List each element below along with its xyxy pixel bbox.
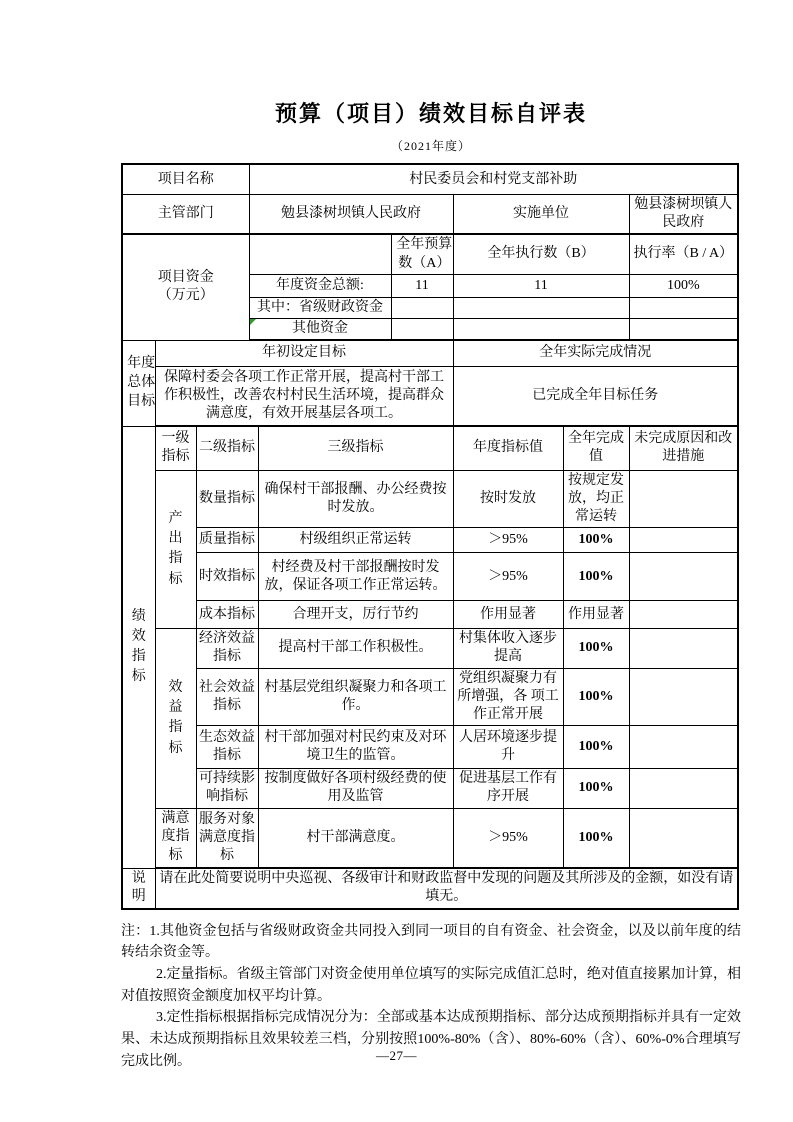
level2-indicator: 数量指标 xyxy=(196,470,258,528)
header-level1: 一级指标 xyxy=(155,426,196,470)
annual-goal-content-row: 保障村委会各项工作正常开展，提高村干部工作积极性，改善农村村民生活环境，提高群众… xyxy=(122,366,738,426)
indicator-row: 生态效益指标 村干部加强对村民约束及对环境卫生的监管。 人居环境逐步提升 100… xyxy=(122,726,738,769)
indicator-row: 成本指标 合理开支，厉行节约 作用显著 作用显著 xyxy=(122,601,738,629)
funds-other-rate xyxy=(629,318,738,340)
level3-indicator: 按制度做好各项村级经费的使用及监管 xyxy=(258,769,453,808)
annual-target-value: 促进基层工作有序开展 xyxy=(453,769,563,808)
footnote-1: 注：1.其他资金包括与省级财政资金共同投入到同一项目的自有资金、社会资金，以及以… xyxy=(121,921,741,964)
funds-provincial-execution xyxy=(453,297,629,318)
completed-value: 按规定发放，均正常运转 xyxy=(563,470,629,528)
level2-indicator: 服务对象满意度指标 xyxy=(196,808,258,868)
incomplete-reason xyxy=(629,808,738,868)
funds-execution-header: 全年执行数（B） xyxy=(453,234,629,274)
incomplete-reason xyxy=(629,629,738,668)
annual-target-value: 人居环境逐步提升 xyxy=(453,726,563,769)
funds-other-execution xyxy=(453,318,629,340)
level3-indicator: 提高村干部工作积极性。 xyxy=(258,629,453,668)
page-title: 预算（项目）绩效目标自评表 xyxy=(121,101,741,127)
level3-indicator: 村基层党组织凝聚力和各项工作。 xyxy=(258,668,453,726)
completed-value: 100% xyxy=(563,528,629,553)
remark-text: 请在此处简要说明中央巡视、各级审计和财政监督中发现的问题及其所涉及的金额，如没有… xyxy=(155,868,738,908)
indicator-row: 质量指标 村级组织正常运转 ＞95% 100% xyxy=(122,528,738,553)
indicator-row: 产出指标 数量指标 确保村干部报酬、办公经费按时发放。 按时发放 按规定发放，均… xyxy=(122,470,738,528)
implement-unit-value: 勉县漆树坝镇人民政府 xyxy=(629,194,738,234)
level3-indicator: 村级组织正常运转 xyxy=(258,528,453,553)
funds-provincial-budget xyxy=(391,297,453,318)
incomplete-reason xyxy=(629,553,738,601)
completed-value: 100% xyxy=(563,769,629,808)
project-name-label: 项目名称 xyxy=(122,164,249,194)
goal-actual-header: 全年实际完成情况 xyxy=(453,340,738,366)
funds-other-label: 其他资金 xyxy=(249,318,391,340)
funds-other-budget xyxy=(391,318,453,340)
header-reason: 未完成原因和改进措施 xyxy=(629,426,738,470)
annual-target-value: 作用显著 xyxy=(453,601,563,629)
indicator-row: 满意度指标 服务对象满意度指标 村干部满意度。 ＞95% 100% xyxy=(122,808,738,868)
incomplete-reason xyxy=(629,601,738,629)
annual-target-value: ＞95% xyxy=(453,528,563,553)
cell-flag-icon xyxy=(250,319,256,325)
header-level3: 三级指标 xyxy=(258,426,453,470)
funds-rate-header: 执行率（B / A） xyxy=(629,234,738,274)
funds-total-execution: 11 xyxy=(453,274,629,297)
incomplete-reason xyxy=(629,726,738,769)
level2-indicator: 社会效益指标 xyxy=(196,668,258,726)
incomplete-reason xyxy=(629,769,738,808)
completed-value: 作用显著 xyxy=(563,601,629,629)
funds-total-rate: 100% xyxy=(629,274,738,297)
goal-set-header: 年初设定目标 xyxy=(155,340,453,366)
header-level2: 二级指标 xyxy=(196,426,258,470)
level2-indicator: 生态效益指标 xyxy=(196,726,258,769)
indicator-row: 社会效益指标 村基层党组织凝聚力和各项工作。 党组织凝聚力有所增强，各 项工作正… xyxy=(122,668,738,726)
department-label: 主管部门 xyxy=(122,194,249,234)
implement-unit-label: 实施单位 xyxy=(453,194,629,234)
header-annual-value: 年度指标值 xyxy=(453,426,563,470)
group-label-satisfaction: 满意度指标 xyxy=(155,808,196,868)
annual-target-value: ＞95% xyxy=(453,808,563,868)
indicators-header-row: 绩效指标 一级指标 二级指标 三级指标 年度指标值 全年完成值 未完成原因和改进… xyxy=(122,426,738,470)
funds-section-label-text: 项目资金（万元） xyxy=(155,269,217,305)
level2-indicator: 经济效益指标 xyxy=(196,629,258,668)
self-evaluation-table: 项目名称 村民委员会和村党支部补助 主管部门 勉县漆树坝镇人民政府 实施单位 勉… xyxy=(121,163,739,909)
funds-total-label: 年度资金总额: xyxy=(249,274,391,297)
level3-indicator: 村干部加强对村民约束及对环境卫生的监管。 xyxy=(258,726,453,769)
annual-goal-section-label: 年度总体目标 xyxy=(122,340,155,426)
funds-section-label: 项目资金（万元） xyxy=(122,234,249,340)
indicator-row: 时效指标 村经费及村干部报酬按时发放，保证各项工作正常运转。 ＞95% 100% xyxy=(122,553,738,601)
document-content: 预算（项目）绩效目标自评表 （2021年度） 项目名称 村民委员会和村党支部补助… xyxy=(121,0,741,1072)
header-completed-value: 全年完成值 xyxy=(563,426,629,470)
goal-actual-text: 已完成全年目标任务 xyxy=(453,366,738,426)
level2-indicator: 成本指标 xyxy=(196,601,258,629)
project-name-row: 项目名称 村民委员会和村党支部补助 xyxy=(122,164,738,194)
funds-total-budget: 11 xyxy=(391,274,453,297)
funds-budget-header: 全年预算数（A） xyxy=(391,234,453,274)
indicators-section-label: 绩效指标 xyxy=(122,426,155,868)
remark-row: 说明 请在此处简要说明中央巡视、各级审计和财政监督中发现的问题及其所涉及的金额，… xyxy=(122,868,738,908)
level2-indicator: 质量指标 xyxy=(196,528,258,553)
incomplete-reason xyxy=(629,668,738,726)
funds-header-row: 项目资金（万元） 全年预算数（A） 全年执行数（B） 执行率（B / A） xyxy=(122,234,738,274)
completed-value: 100% xyxy=(563,553,629,601)
remark-label: 说明 xyxy=(122,868,155,908)
annual-target-value: 村集体收入逐步提高 xyxy=(453,629,563,668)
group-label-benefit: 效益指标 xyxy=(155,629,196,808)
annual-target-value: ＞95% xyxy=(453,553,563,601)
indicator-row: 可持续影响指标 按制度做好各项村级经费的使用及监管 促进基层工作有序开展 100… xyxy=(122,769,738,808)
completed-value: 100% xyxy=(563,668,629,726)
page-number: —27— xyxy=(0,1048,793,1064)
page-subtitle: （2021年度） xyxy=(121,137,741,154)
incomplete-reason xyxy=(629,528,738,553)
department-row: 主管部门 勉县漆树坝镇人民政府 实施单位 勉县漆树坝镇人民政府 xyxy=(122,194,738,234)
level3-indicator: 合理开支，厉行节约 xyxy=(258,601,453,629)
funds-provincial-rate xyxy=(629,297,738,318)
annual-goal-header-row: 年度总体目标 年初设定目标 全年实际完成情况 xyxy=(122,340,738,366)
group-label-output: 产出指标 xyxy=(155,470,196,629)
document-page: 预算（项目）绩效目标自评表 （2021年度） 项目名称 村民委员会和村党支部补助… xyxy=(0,0,793,1122)
indicator-row: 效益指标 经济效益指标 提高村干部工作积极性。 村集体收入逐步提高 100% xyxy=(122,629,738,668)
annual-target-value: 按时发放 xyxy=(453,470,563,528)
level2-indicator: 可持续影响指标 xyxy=(196,769,258,808)
footnote-2: 2.定量指标。省级主管部门对资金使用单位填写的实际完成值汇总时，绝对值直接累加计… xyxy=(121,964,741,1007)
incomplete-reason xyxy=(629,470,738,528)
goal-set-text: 保障村委会各项工作正常开展，提高村干部工作积极性，改善农村村民生活环境，提高群众… xyxy=(155,366,453,426)
level2-indicator: 时效指标 xyxy=(196,553,258,601)
project-name-value: 村民委员会和村党支部补助 xyxy=(249,164,738,194)
department-value: 勉县漆树坝镇人民政府 xyxy=(249,194,453,234)
completed-value: 100% xyxy=(563,629,629,668)
annual-target-value: 党组织凝聚力有所增强，各 项工作正常开展 xyxy=(453,668,563,726)
level3-indicator: 确保村干部报酬、办公经费按时发放。 xyxy=(258,470,453,528)
completed-value: 100% xyxy=(563,726,629,769)
level3-indicator: 村干部满意度。 xyxy=(258,808,453,868)
completed-value: 100% xyxy=(563,808,629,868)
funds-empty-cell xyxy=(249,234,391,274)
level3-indicator: 村经费及村干部报酬按时发放，保证各项工作正常运转。 xyxy=(258,553,453,601)
funds-provincial-label: 其中：省级财政资金 xyxy=(249,297,391,318)
